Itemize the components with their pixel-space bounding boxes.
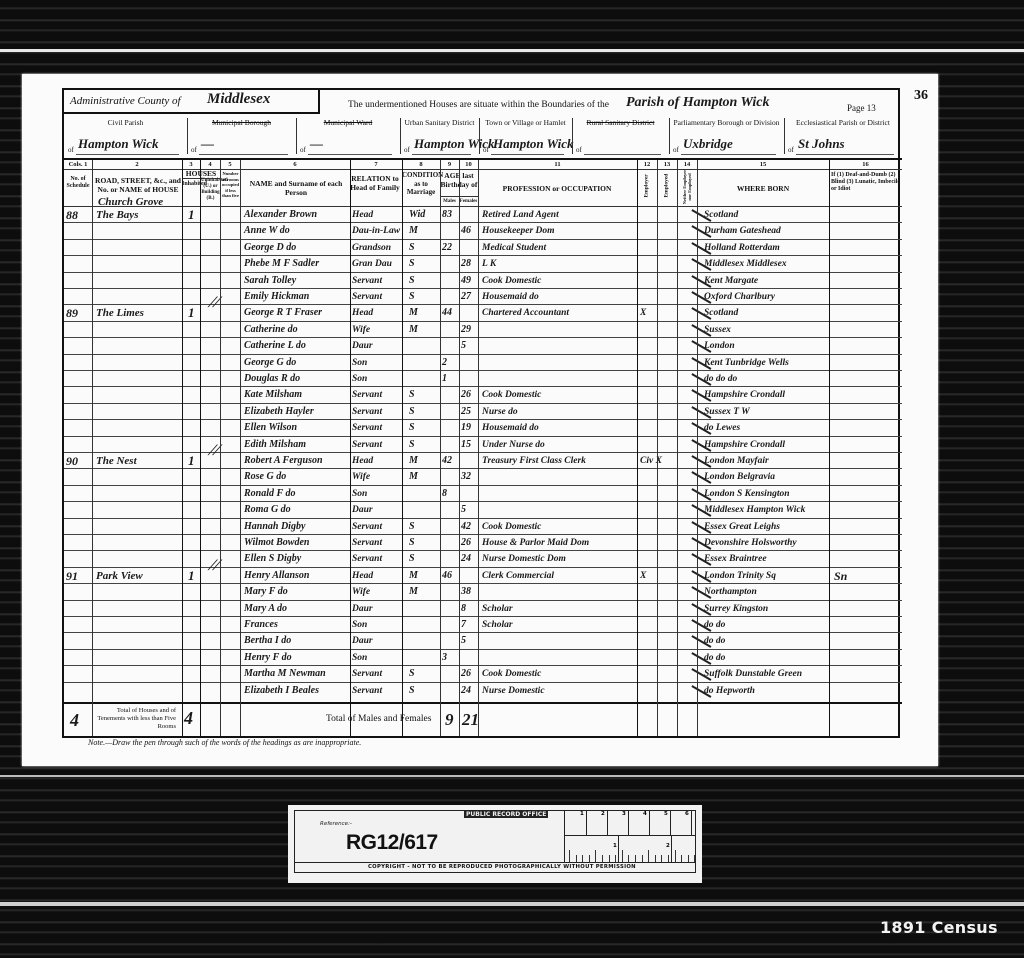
footnote: Note.—Draw the pen through such of the w… bbox=[88, 738, 361, 747]
copyright-notice: COPYRIGHT - NOT TO BE REPRODUCED PHOTOGR… bbox=[368, 864, 636, 870]
folio-stamp: 36 bbox=[914, 88, 928, 104]
reference-number: RG12/617 bbox=[346, 831, 438, 855]
film-edge-line bbox=[0, 775, 1024, 777]
ruler-cm-label: 5 bbox=[664, 811, 668, 817]
reference-prefix: Reference:- bbox=[320, 821, 352, 827]
census-schedule-table: Administrative County of Middlesex The u… bbox=[62, 88, 900, 738]
ruler-cm-label: 4 bbox=[643, 811, 647, 817]
ruler-cm-label: 2 bbox=[601, 811, 605, 817]
public-record-office: PUBLIC RECORD OFFICE bbox=[464, 811, 548, 818]
ruler-cm-label: 3 bbox=[622, 811, 626, 817]
grid-lines bbox=[64, 90, 902, 736]
ruler-inch-label: 1 bbox=[613, 843, 617, 849]
film-edge-line bbox=[0, 49, 1024, 52]
film-edge-line bbox=[0, 902, 1024, 906]
ruler-cm-label: 6 bbox=[685, 811, 689, 817]
ruler-cm-label: 1 bbox=[580, 811, 584, 817]
reference-label: PUBLIC RECORD OFFICE Reference:- RG12/61… bbox=[288, 805, 702, 883]
census-caption: 1891 Census bbox=[880, 918, 998, 937]
scale-ruler: 12345612 bbox=[564, 810, 696, 862]
ruler-inch-label: 2 bbox=[666, 843, 670, 849]
